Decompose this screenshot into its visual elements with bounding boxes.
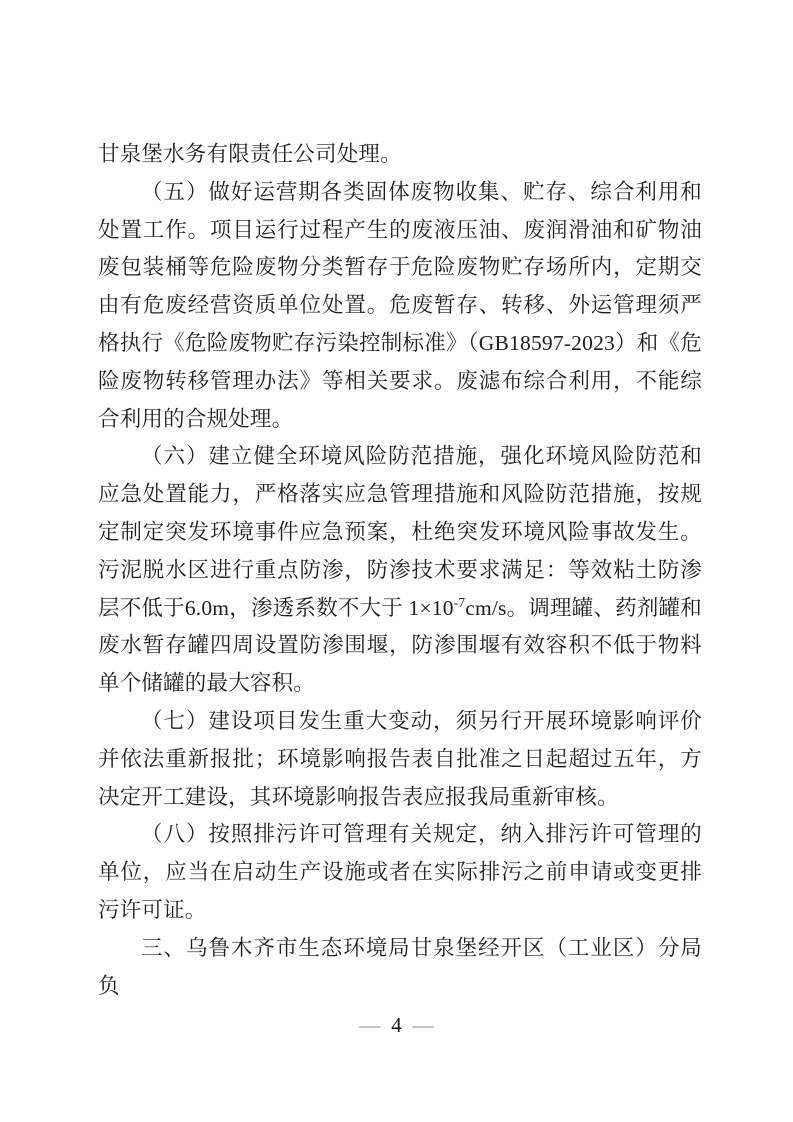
footer-left-dash: — xyxy=(359,1013,380,1037)
document-body: 甘泉堡水务有限责任公司处理。 （五）做好运营期各类固体废物收集、贮存、综合利用和… xyxy=(98,136,702,1005)
paragraph-item-7: （七）建设项目发生重大变动，须另行开展环境影响评价并依法重新报批；环境影响报告表… xyxy=(98,703,702,816)
paragraph-continuation: 甘泉堡水务有限责任公司处理。 xyxy=(98,136,702,174)
page-number: 4 xyxy=(391,1013,402,1037)
document-page: 甘泉堡水务有限责任公司处理。 （五）做好运营期各类固体废物收集、贮存、综合利用和… xyxy=(0,0,793,1122)
paragraph-section-3: 三、乌鲁木齐市生态环境局甘泉堡经开区（工业区）分局负 xyxy=(98,930,702,1006)
paragraph-item-6: （六）建立健全环境风险防范措施，强化环境风险防范和应急处置能力，严格落实应急管理… xyxy=(98,438,702,703)
paragraph-item-5: （五）做好运营期各类固体废物收集、贮存、综合利用和处置工作。项目运行过程产生的废… xyxy=(98,174,702,439)
footer-right-dash: — xyxy=(413,1013,434,1037)
page-footer: —4— xyxy=(0,1010,793,1040)
paragraph-item-8: （八）按照排污许可管理有关规定，纳入排污许可管理的单位，应当在启动生产设施或者在… xyxy=(98,816,702,929)
item-6-exponent-superscript: -7 xyxy=(454,594,466,609)
item-6-text-before-superscript: （六）建立健全环境风险防范措施，强化环境风险防范和应急处置能力，严格落实应急管理… xyxy=(98,444,702,619)
